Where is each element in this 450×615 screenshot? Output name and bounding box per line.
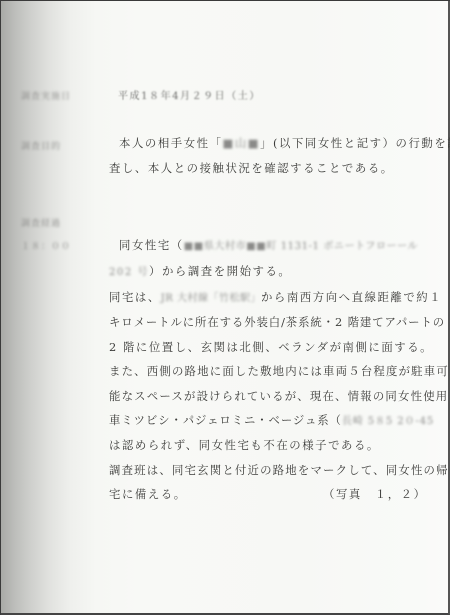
purpose-text: 本人の相手女性「 — [119, 136, 223, 150]
record-text: 同女性宅（ — [119, 238, 184, 252]
record-para4-line1: 調査班は、同宅玄関と付近の路地をマークして、同女性の帰 — [109, 462, 449, 478]
record-para1-line2: 202 号）から調査を開始する。 — [109, 263, 291, 279]
scanned-document-page: 調査実施日 平成1８年4月２９日（土） 調査目的 本人の相手女性「■山■」(以下… — [1, 1, 450, 615]
record-para4-line2: 宅に備える。 — [109, 486, 187, 502]
record-para3-line1: また、西側の路地に面した敷地内には車両５台程度が駐車可 — [109, 363, 449, 379]
purpose-line-1: 本人の相手女性「■山■」(以下同女性と記す）の行動を調 — [119, 135, 450, 151]
purpose-text: 」(以下同女性と記す）の行動を調 — [260, 136, 450, 150]
purpose-label: 調査目的 — [21, 139, 61, 152]
record-para1-line1: 同女性宅（■■県大村市■■町 1131-1 ボニートフローール — [119, 237, 418, 253]
record-text: 同宅は、 — [109, 290, 161, 304]
photo-reference: （写真 １，２） — [323, 486, 427, 502]
date-era: 平成 — [118, 91, 141, 102]
redacted-name: ■山■ — [223, 136, 261, 150]
record-para2-line2: キロメートルに所在する外装白/茶系統・2 階建てアパートの — [109, 314, 445, 330]
redacted-room: 202 号 — [109, 267, 149, 278]
date-redacted: 1８年4月２９日（土） — [141, 91, 261, 102]
date-value: 平成1８年4月２９日（土） — [118, 87, 261, 102]
record-text: から南西方向へ直線距離で約１ — [261, 290, 442, 304]
purpose-line-2: 査し、本人との接触状況を確認することである。 — [109, 160, 394, 176]
record-para2-line1: 同宅は、JR 大村線「竹松駅」から南西方向へ直線距離で約１ — [109, 289, 442, 305]
record-para3-line2: 能なスペースが設けられているが、現在、情報の同女性使用 — [109, 388, 448, 404]
record-para3-line3: 車ミツビシ・パジェロミニ・ベージュ系（長崎 5８5 2０-45 — [109, 412, 434, 428]
record-text: ）から調査を開始する。 — [149, 264, 291, 278]
record-time: １８：００ — [21, 239, 71, 252]
record-para2-line3: 2 階に位置し、玄関は北側、ベランダが南側に面する。 — [109, 339, 433, 355]
record-para3-line4: は認められず、同女性宅も不在の様子である。 — [109, 437, 380, 453]
record-label: 調査経過 — [21, 216, 61, 229]
redacted-station: JR 大村線「竹松駅」 — [161, 293, 261, 304]
date-label: 調査実施日 — [21, 89, 71, 102]
redacted-plate: 長崎 5８5 2０-45 — [342, 416, 434, 427]
record-text: 車ミツビシ・パジェロミニ・ベージュ系（ — [109, 413, 342, 427]
redacted-address: ■■県大村市■■町 1131-1 ボニートフローール — [184, 241, 418, 252]
